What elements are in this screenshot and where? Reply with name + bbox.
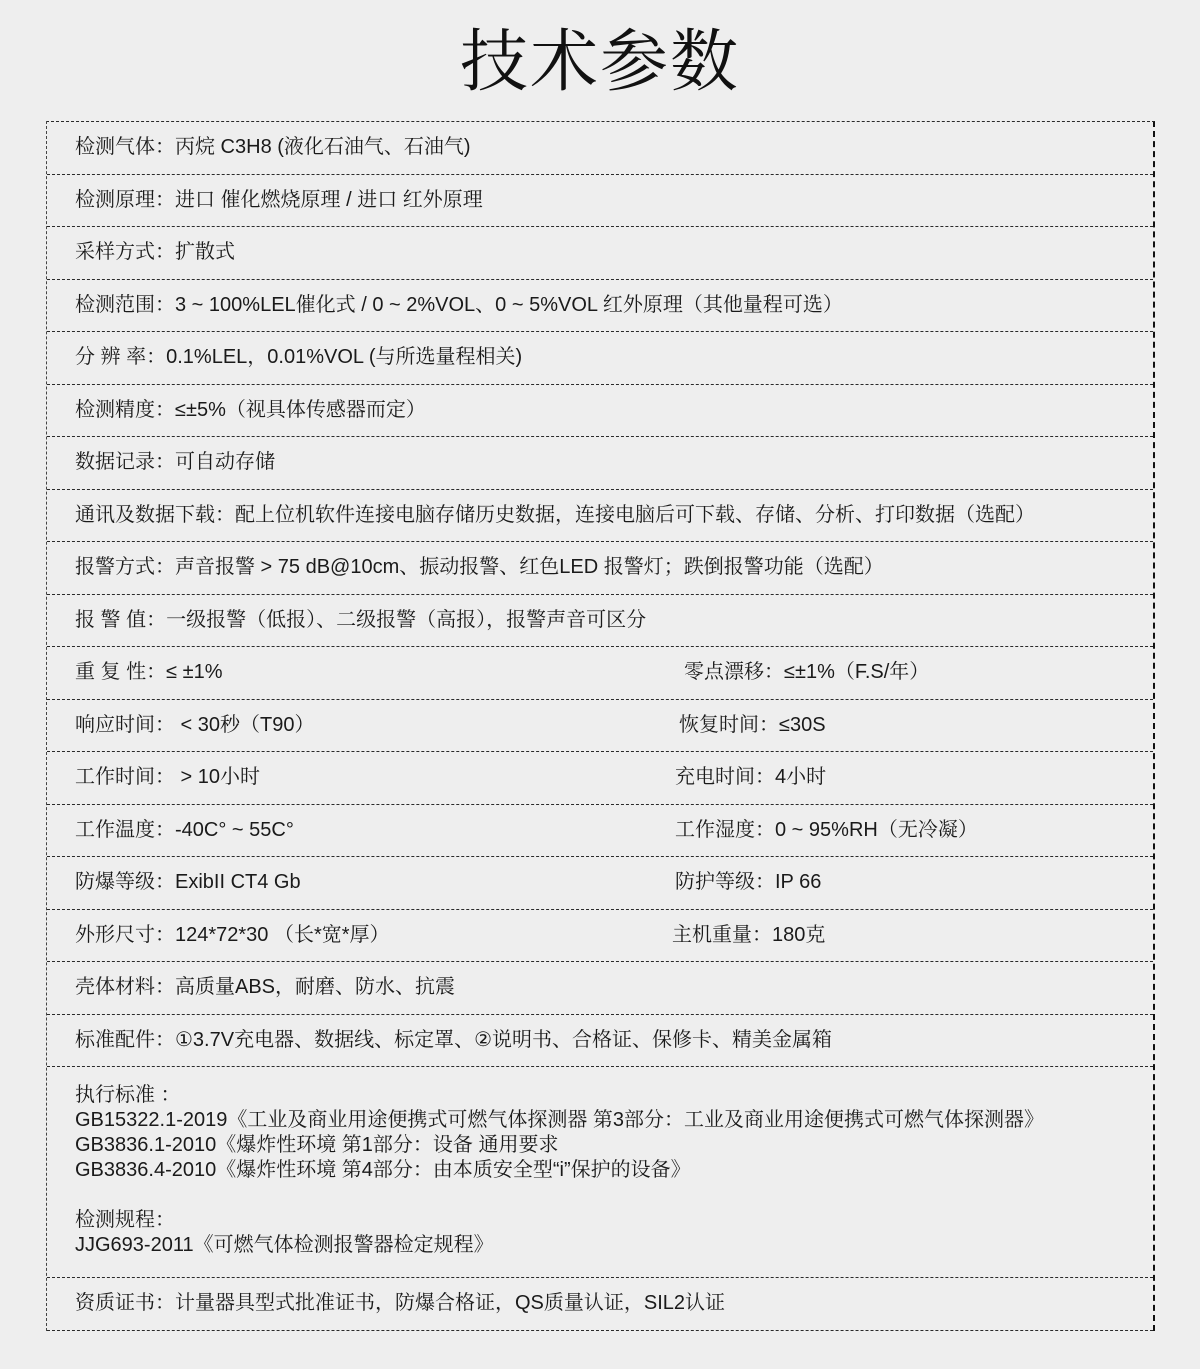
spec-row-response-time: 响应时间： < 30秒（T90） 恢复时间：≤30S	[47, 700, 1153, 753]
spec-text: 检测范围：3 ~ 100%LEL催化式 / 0 ~ 2%VOL、0 ~ 5%VO…	[75, 280, 843, 332]
spec-row-range: 检测范围：3 ~ 100%LEL催化式 / 0 ~ 2%VOL、0 ~ 5%VO…	[47, 280, 1153, 333]
spec-row-detect-gas: 检测气体：丙烷 C3H8 (液化石油气、石油气)	[47, 122, 1153, 175]
spec-row-alarm-mode: 报警方式：声音报警 > 75 dB@10cm、振动报警、红色LED 报警灯；跌倒…	[47, 542, 1153, 595]
spec-text: 检测气体：丙烷 C3H8 (液化石油气、石油气)	[75, 122, 471, 174]
spec-text: 数据记录：可自动存储	[75, 437, 275, 489]
spec-row-alarm-value: 报 警 值：一级报警（低报）、二级报警（高报），报警声音可区分	[47, 595, 1153, 648]
spec-text: 采样方式：扩散式	[75, 227, 235, 279]
spec-text-right: 零点漂移：≤±1%（F.S/年）	[684, 647, 929, 699]
spec-row-housing: 壳体材料：高质量ABS，耐磨、防水、抗震	[47, 962, 1153, 1015]
spacer	[75, 1183, 1044, 1208]
spec-text: 通讯及数据下载：配上位机软件连接电脑存储历史数据，连接电脑后可下载、存储、分析、…	[75, 490, 1035, 542]
spec-text: 报 警 值：一级报警（低报）、二级报警（高报），报警声音可区分	[75, 595, 646, 647]
spec-text: 检测原理：进口 催化燃烧原理 / 进口 红外原理	[75, 175, 483, 227]
spec-text-left: 工作温度：-40C° ~ 55C°	[75, 805, 294, 857]
spec-row-communication: 通讯及数据下载：配上位机软件连接电脑存储历史数据，连接电脑后可下载、存储、分析、…	[47, 490, 1153, 543]
standards-heading: 执行标准 ：	[75, 1083, 1044, 1108]
spec-row-temperature: 工作温度：-40C° ~ 55C° 工作湿度：0 ~ 95%RH（无冷凝）	[47, 805, 1153, 858]
spec-row-explosion-proof: 防爆等级：ExibII CT4 Gb 防护等级：IP 66	[47, 857, 1153, 910]
spec-row-certificates: 资质证书：计量器具型式批准证书，防爆合格证，QS质量认证，SIL2认证	[47, 1278, 1153, 1331]
spec-text-left: 响应时间： < 30秒（T90）	[75, 700, 315, 752]
spec-text: 资质证书：计量器具型式批准证书，防爆合格证，QS质量认证，SIL2认证	[75, 1278, 725, 1330]
spec-row-accuracy: 检测精度：≤±5%（视具体传感器而定）	[47, 385, 1153, 438]
spec-text-left: 工作时间： > 10小时	[75, 752, 260, 804]
spec-row-accessories: 标准配件：①3.7V充电器、数据线、标定罩、②说明书、合格证、保修卡、精美金属箱	[47, 1015, 1153, 1068]
spec-text: 报警方式：声音报警 > 75 dB@10cm、振动报警、红色LED 报警灯；跌倒…	[75, 542, 884, 594]
spec-row-dimensions: 外形尺寸：124*72*30 （长*宽*厚） 主机重量：180克	[47, 910, 1153, 963]
spec-text: 检测精度：≤±5%（视具体传感器而定）	[75, 385, 426, 437]
spec-row-principle: 检测原理：进口 催化燃烧原理 / 进口 红外原理	[47, 175, 1153, 228]
spec-text: 分 辨 率：0.1%LEL，0.01%VOL (与所选量程相关)	[75, 332, 522, 384]
procedure-heading: 检测规程：	[75, 1208, 1044, 1233]
spec-row-data-record: 数据记录：可自动存储	[47, 437, 1153, 490]
spec-text: 标准配件：①3.7V充电器、数据线、标定罩、②说明书、合格证、保修卡、精美金属箱	[75, 1015, 832, 1067]
spec-row-work-time: 工作时间： > 10小时 充电时间：4小时	[47, 752, 1153, 805]
standard-item: GB3836.4-2010《爆炸性环境 第4部分：由本质安全型“i”保护的设备》	[75, 1158, 1044, 1183]
spec-text-right: 充电时间：4小时	[675, 752, 826, 804]
standard-item: GB3836.1-2010《爆炸性环境 第1部分：设备 通用要求	[75, 1133, 1044, 1158]
spec-row-resolution: 分 辨 率：0.1%LEL，0.01%VOL (与所选量程相关)	[47, 332, 1153, 385]
spec-text-left: 防爆等级：ExibII CT4 Gb	[75, 857, 301, 909]
spec-text-right: 工作湿度：0 ~ 95%RH（无冷凝）	[675, 805, 978, 857]
spec-text-right: 恢复时间：≤30S	[679, 700, 826, 752]
spec-table: 检测气体：丙烷 C3H8 (液化石油气、石油气) 检测原理：进口 催化燃烧原理 …	[46, 121, 1155, 1331]
spec-row-sampling: 采样方式：扩散式	[47, 227, 1153, 280]
spec-row-standards: 执行标准 ： GB15322.1-2019《工业及商业用途便携式可燃气体探测器 …	[47, 1067, 1153, 1278]
spec-text-left: 重 复 性：≤ ±1%	[75, 647, 223, 699]
spec-row-repeatability: 重 复 性：≤ ±1% 零点漂移：≤±1%（F.S/年）	[47, 647, 1153, 700]
spec-text-right: 主机重量：180克	[672, 910, 825, 962]
spec-text: 壳体材料：高质量ABS，耐磨、防水、抗震	[75, 962, 455, 1014]
standard-item: GB15322.1-2019《工业及商业用途便携式可燃气体探测器 第3部分：工业…	[75, 1108, 1044, 1133]
standards-block: 执行标准 ： GB15322.1-2019《工业及商业用途便携式可燃气体探测器 …	[75, 1083, 1044, 1258]
spec-text-right: 防护等级：IP 66	[675, 857, 821, 909]
page-title: 技术参数	[0, 22, 1200, 102]
procedure-item: JJG693-2011《可燃气体检测报警器检定规程》	[75, 1233, 1044, 1258]
spec-text-left: 外形尺寸：124*72*30 （长*宽*厚）	[75, 910, 390, 962]
